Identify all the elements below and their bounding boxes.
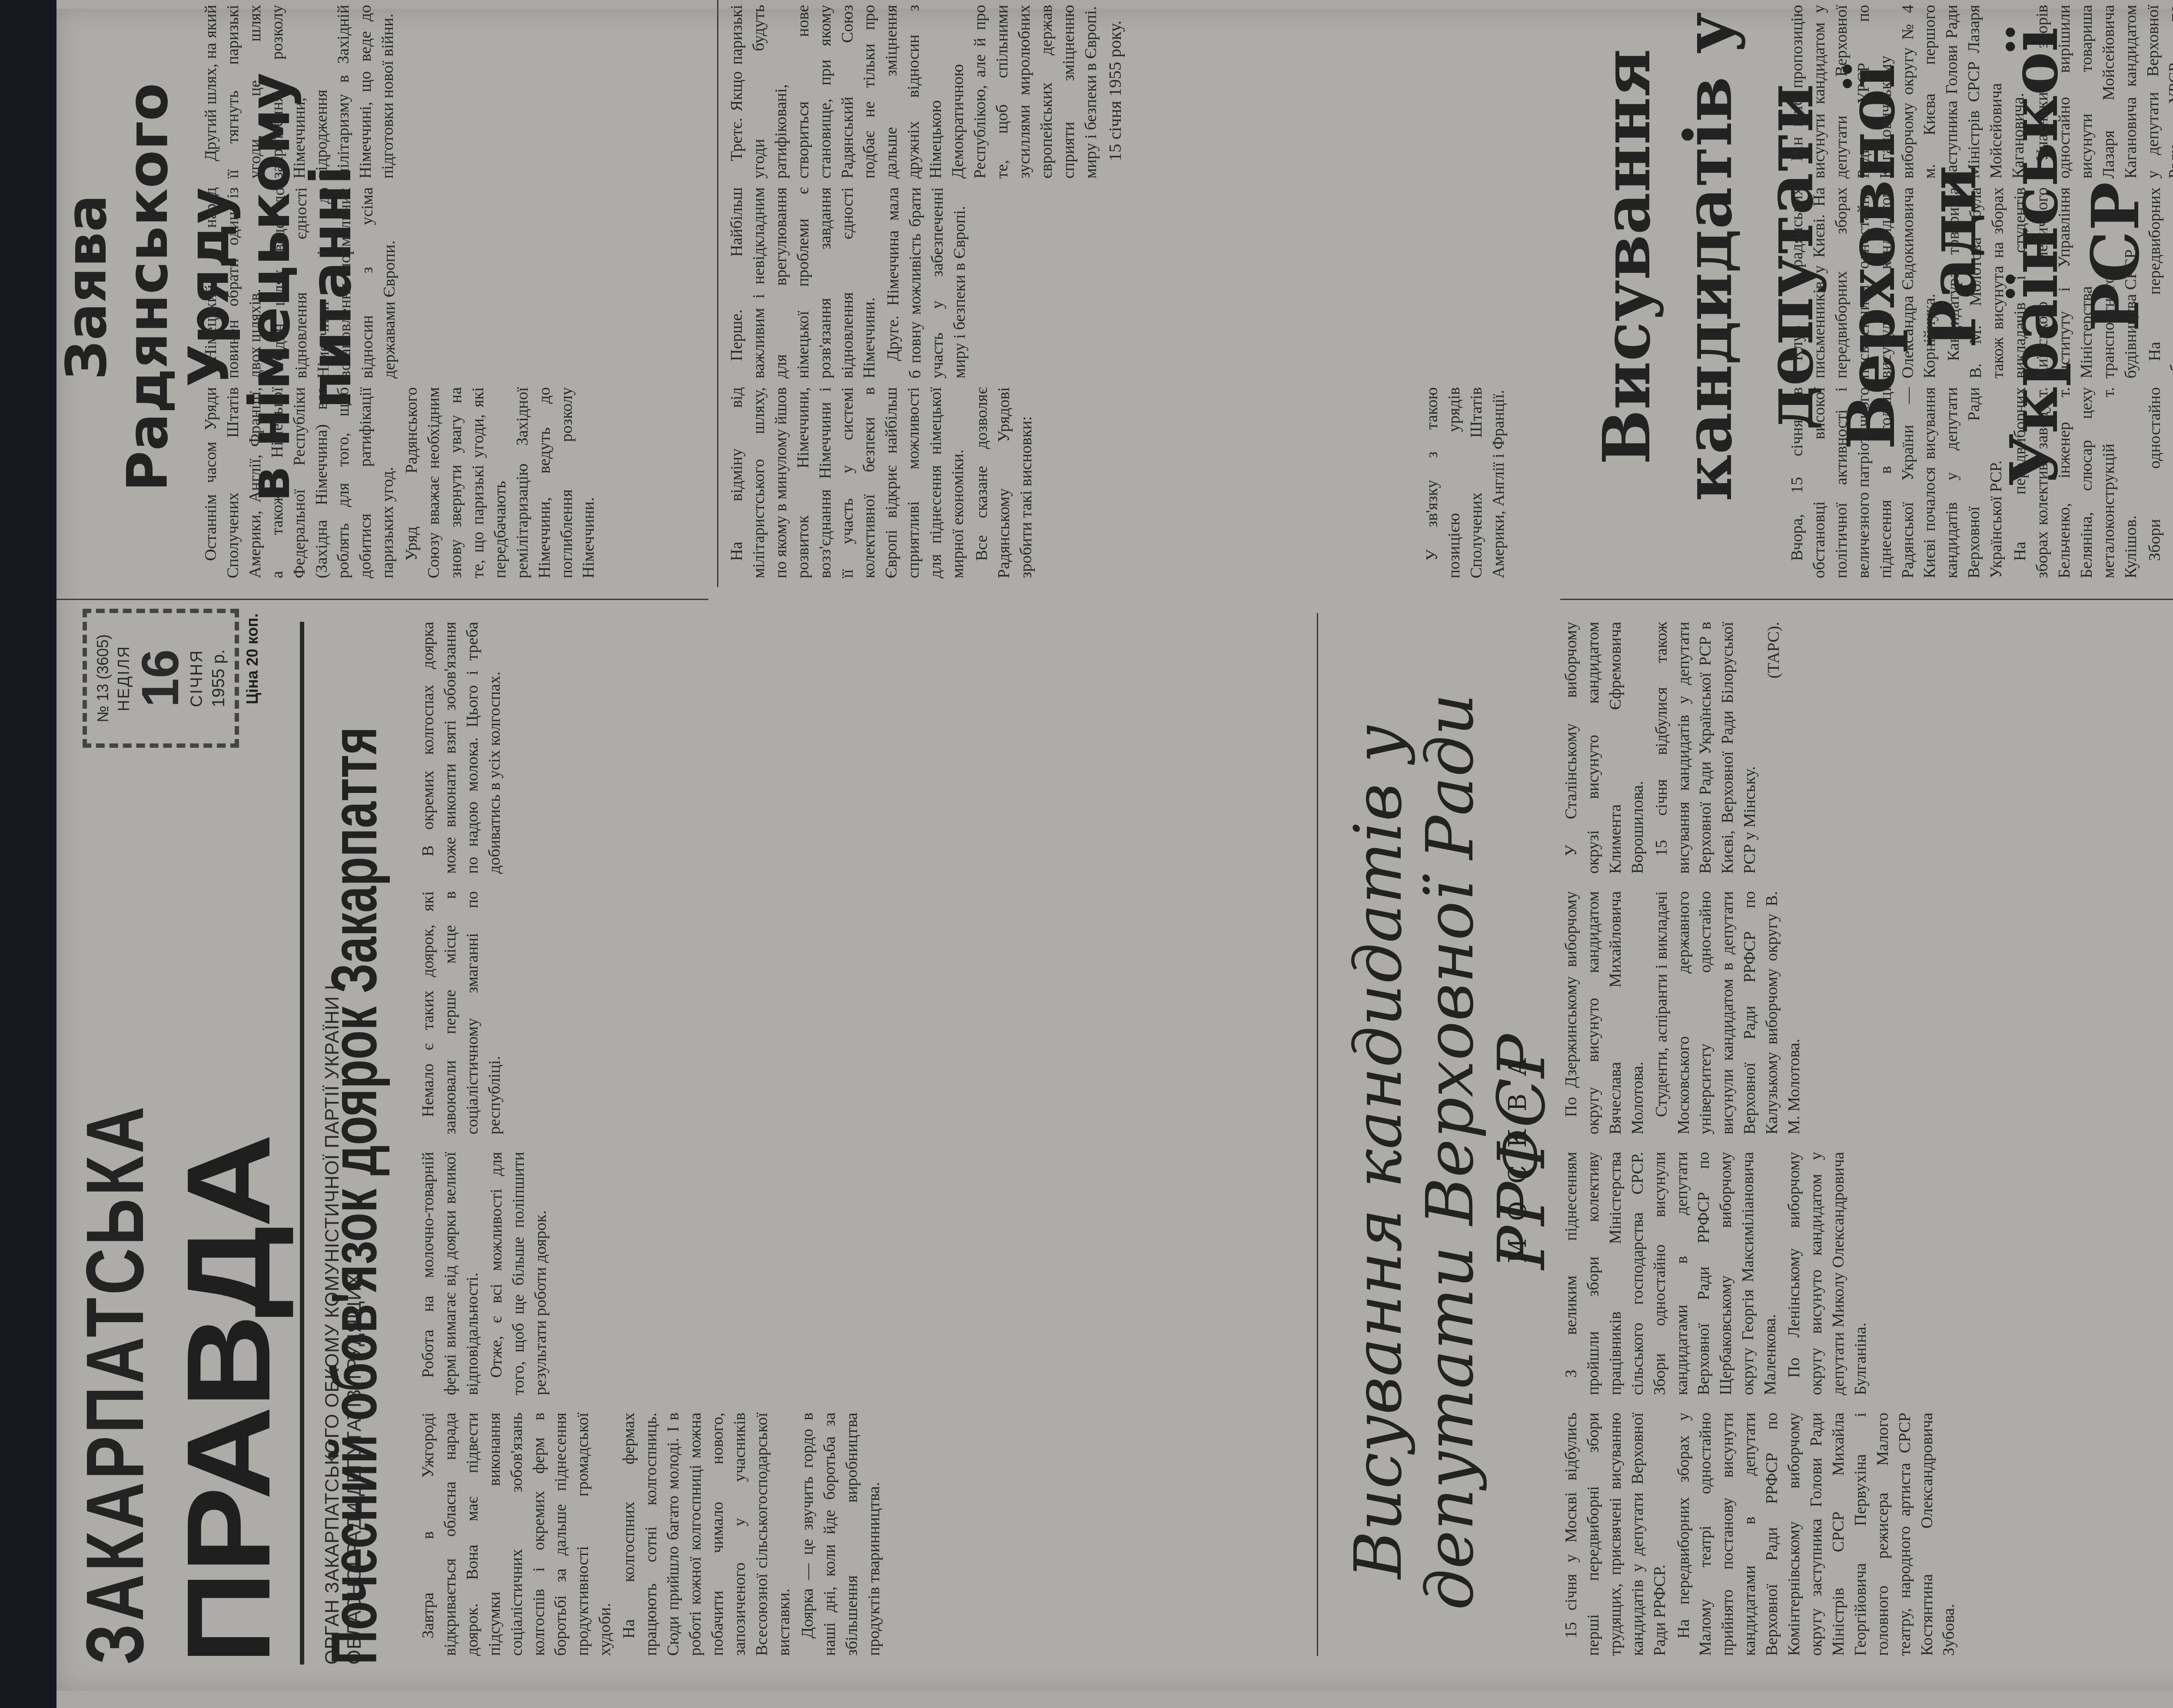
masthead-title-top: ЗАКАРПАТСЬКА xyxy=(74,796,156,1665)
masthead-title-main: ПРАВДА xyxy=(169,665,288,1665)
ukr-column-3: Він вніс пропозицію висунути кандидатом … xyxy=(1786,5,2173,179)
section-rule xyxy=(717,0,718,587)
rsfsr-source: (ТАРС). xyxy=(1763,622,1785,874)
issue-number: № 13 (3605) xyxy=(94,613,112,743)
statement-column-5: Перше. Найбільш важливим і невідкладним … xyxy=(726,187,1404,378)
issue-date-box: № 13 (3605) НЕДІЛЯ 16 СІЧНЯ 1955 р. xyxy=(83,609,239,748)
statement-column-6: Третє. Якщо паризькі угоди будуть ратифі… xyxy=(726,5,1404,179)
newspaper-page: ЗАКАРПАТСЬКА ПРАВДА ОРГАН ЗАКАРПАТСЬКОГО… xyxy=(0,0,2173,1708)
honor-column-2: Робота на молочно-товарній фермі вимагає… xyxy=(417,1152,1286,1395)
statement-column-1: Останнім часом Уряди Сполучених Штатів А… xyxy=(200,387,713,578)
rsfsr-column-4: У Сталінському виборчому окрузі висунуто… xyxy=(1560,622,2173,874)
issue-day: 16 xyxy=(133,613,188,743)
rsfsr-dateline-place: МОСКВА xyxy=(1504,674,1532,1630)
paper: ЗАКАРПАТСЬКА ПРАВДА ОРГАН ЗАКАРПАТСЬКОГО… xyxy=(56,9,2173,1691)
ukr-column-1: Вчора, 15 січня, в обстановці високої по… xyxy=(1786,387,2173,578)
issue-price: Ціна 20 коп. xyxy=(243,614,262,704)
masthead-rule xyxy=(300,622,304,1665)
ukr-column-2: Клуб радянських письменників у Києві. На… xyxy=(1786,187,2173,378)
statement-dateline: 15 січня 1955 року. xyxy=(1103,5,1127,179)
issue-month: СІЧНЯ xyxy=(188,613,206,743)
statement-column-7: У зв'язку з такою позицією урядів Сполуч… xyxy=(1421,387,1552,578)
statement-column-2: Німецький народ повинен обрати один із д… xyxy=(200,187,713,378)
section-rule xyxy=(1317,613,1318,1656)
rsfsr-column-3: По Дзержинському виборчому округу висуну… xyxy=(1560,891,2173,1134)
scan-edge xyxy=(0,0,56,1708)
issue-year: 1955 р. xyxy=(209,613,229,743)
rsfsr-column-1: 15 січня у Москві відбулись перші передв… xyxy=(1560,1413,2173,1656)
honor-column-3: Немало є таких доярок, які завоювали пер… xyxy=(417,891,1286,1134)
masthead: ЗАКАРПАТСЬКА ПРАВДА ОРГАН ЗАКАРПАТСЬКОГО… xyxy=(74,796,352,1665)
statement-column-3: Другий шлях, на який її тягнуть паризькі… xyxy=(200,5,713,179)
rsfsr-column-2: З великим піднесенням пройшли збори коле… xyxy=(1560,1152,2173,1395)
honor-column-1: Завтра в Ужгороді відкривається обласна … xyxy=(417,1413,1286,1656)
issue-weekday: НЕДІЛЯ xyxy=(115,613,133,743)
statement-column-4: На відміну від мілітаристського шляху, п… xyxy=(726,387,1404,578)
column-divider xyxy=(1560,599,2173,600)
honor-column-4: В окремих колгоспах доярка може виконати… xyxy=(417,622,1286,874)
honor-article-headline: Почесний обов'язок доярок Закарпаття xyxy=(317,578,392,1665)
